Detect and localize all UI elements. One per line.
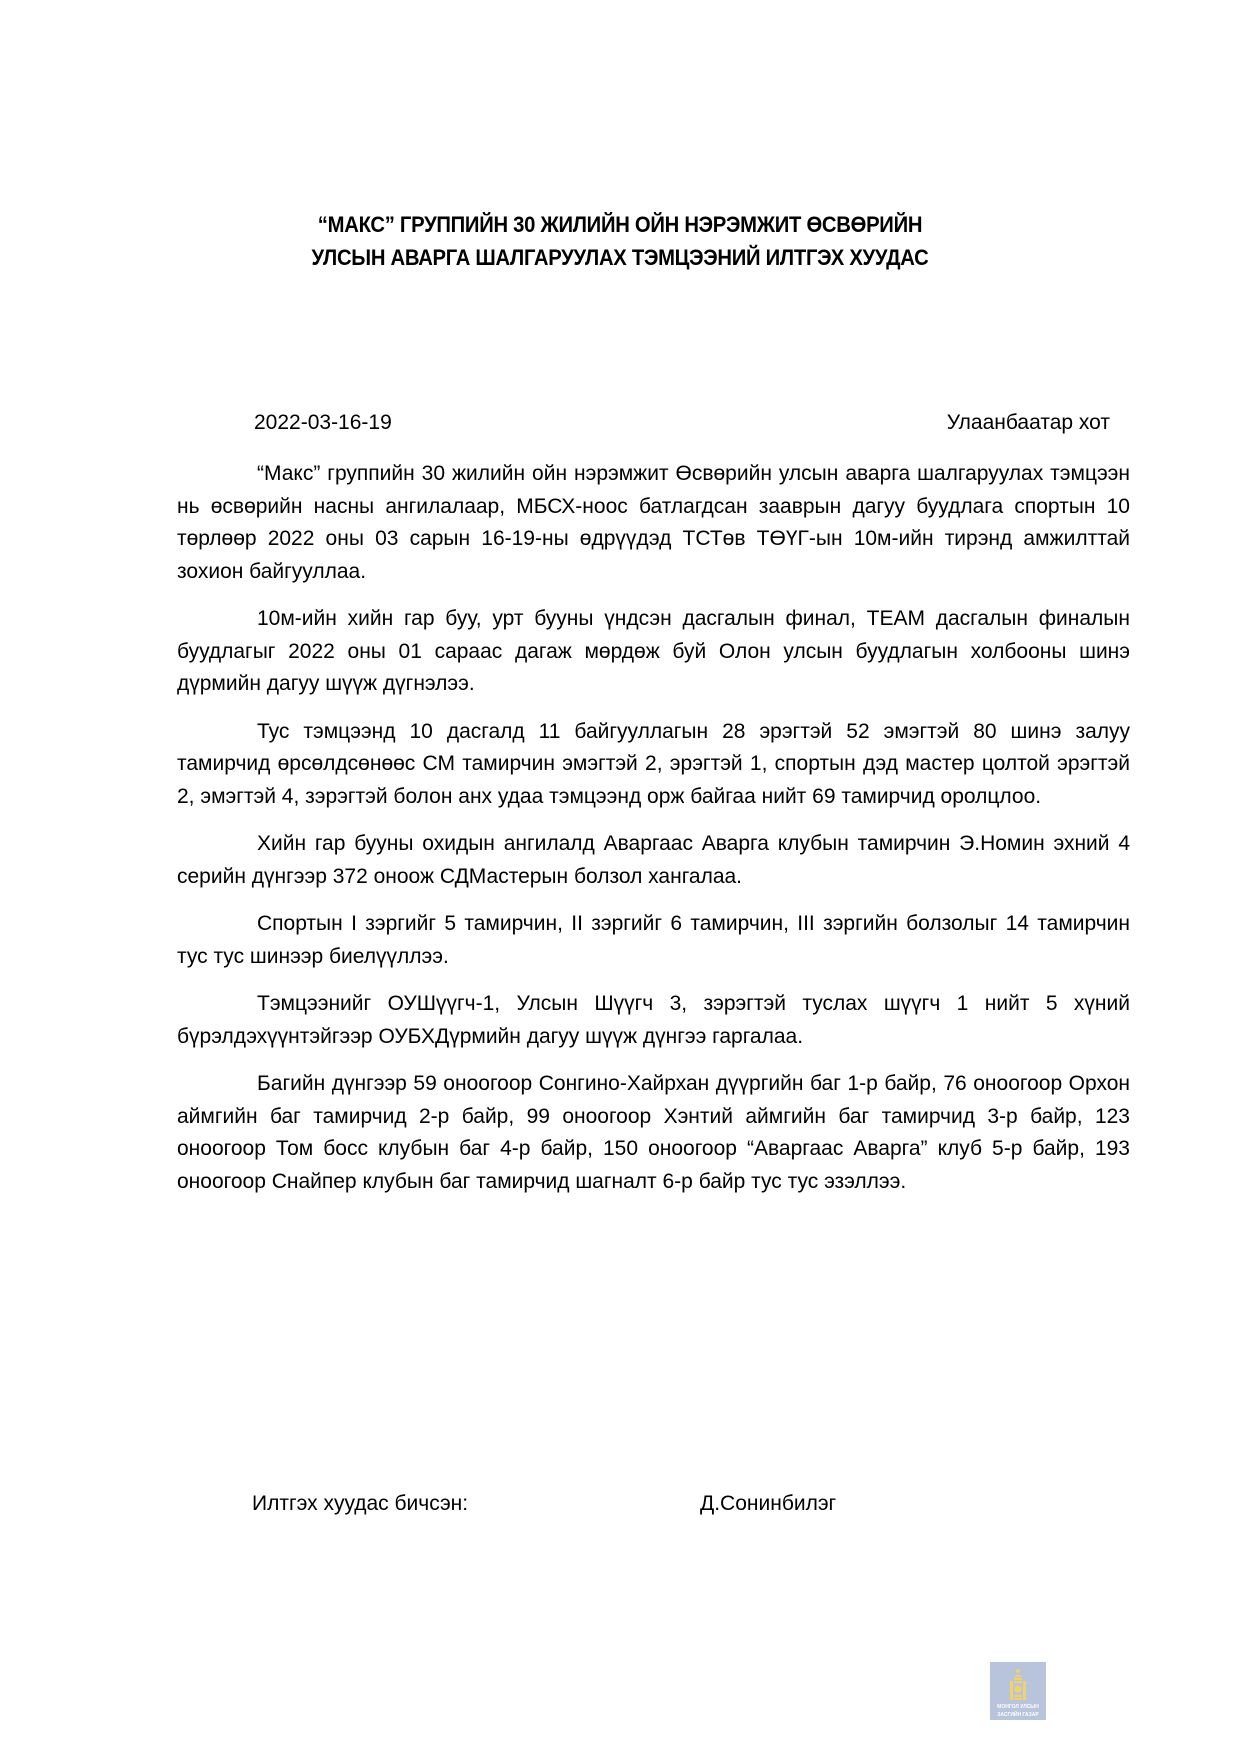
logo-text-line-1: МОНГОЛ УЛСЫН — [997, 1704, 1039, 1710]
soyombo-emblem-icon — [1009, 1668, 1027, 1702]
paragraph-intro: “Макс” группийн 30 жилийн ойн нэрэмжит Ө… — [177, 458, 1130, 588]
paragraph-pistol-girls: Хийн гар бууны охидын ангилалд Аваргаас … — [177, 828, 1130, 893]
document-date: 2022-03-16-19 — [254, 409, 392, 437]
paragraph-finals-rules: 10м-ийн хийн гар буу, урт бууны үндсэн д… — [177, 603, 1130, 701]
document-place: Улаанбаатар хот — [947, 409, 1110, 437]
paragraph-participants: Тус тэмцээнд 10 дасгалд 11 байгууллагын … — [177, 716, 1130, 814]
signature-label: Илтгэх хуудас бичсэн: — [252, 1490, 468, 1518]
paragraph-team-results: Багийн дүнгээр 59 оноогоор Сонгино-Хайрх… — [177, 1068, 1130, 1198]
signature-name: Д.Сонинбилэг — [700, 1490, 836, 1518]
document-title: “МАКС” ГРУППИЙН 30 ЖИЛИЙН ОЙН НЭРЭМЖИТ Ө… — [197, 208, 1043, 274]
logo-text-line-2: ЗАСГИЙН ГАЗАР — [997, 1712, 1038, 1718]
document-body: “Макс” группийн 30 жилийн ойн нэрэмжит Ө… — [177, 458, 1130, 1213]
title-line-1: “МАКС” ГРУППИЙН 30 ЖИЛИЙН ОЙН НЭРЭМЖИТ Ө… — [197, 208, 1043, 241]
paragraph-judges: Тэмцээнийг ОУШүүгч-1, Улсын Шүүгч 3, зэр… — [177, 988, 1130, 1053]
title-line-2: УЛСЫН АВАРГА ШАЛГАРУУЛАХ ТЭМЦЭЭНИЙ ИЛТГЭ… — [197, 241, 1043, 274]
government-logo: МОНГОЛ УЛСЫН ЗАСГИЙН ГАЗАР — [990, 1662, 1046, 1720]
paragraph-sport-ranks: Спортын I зэргийг 5 тамирчин, II зэргийг… — [177, 908, 1130, 973]
